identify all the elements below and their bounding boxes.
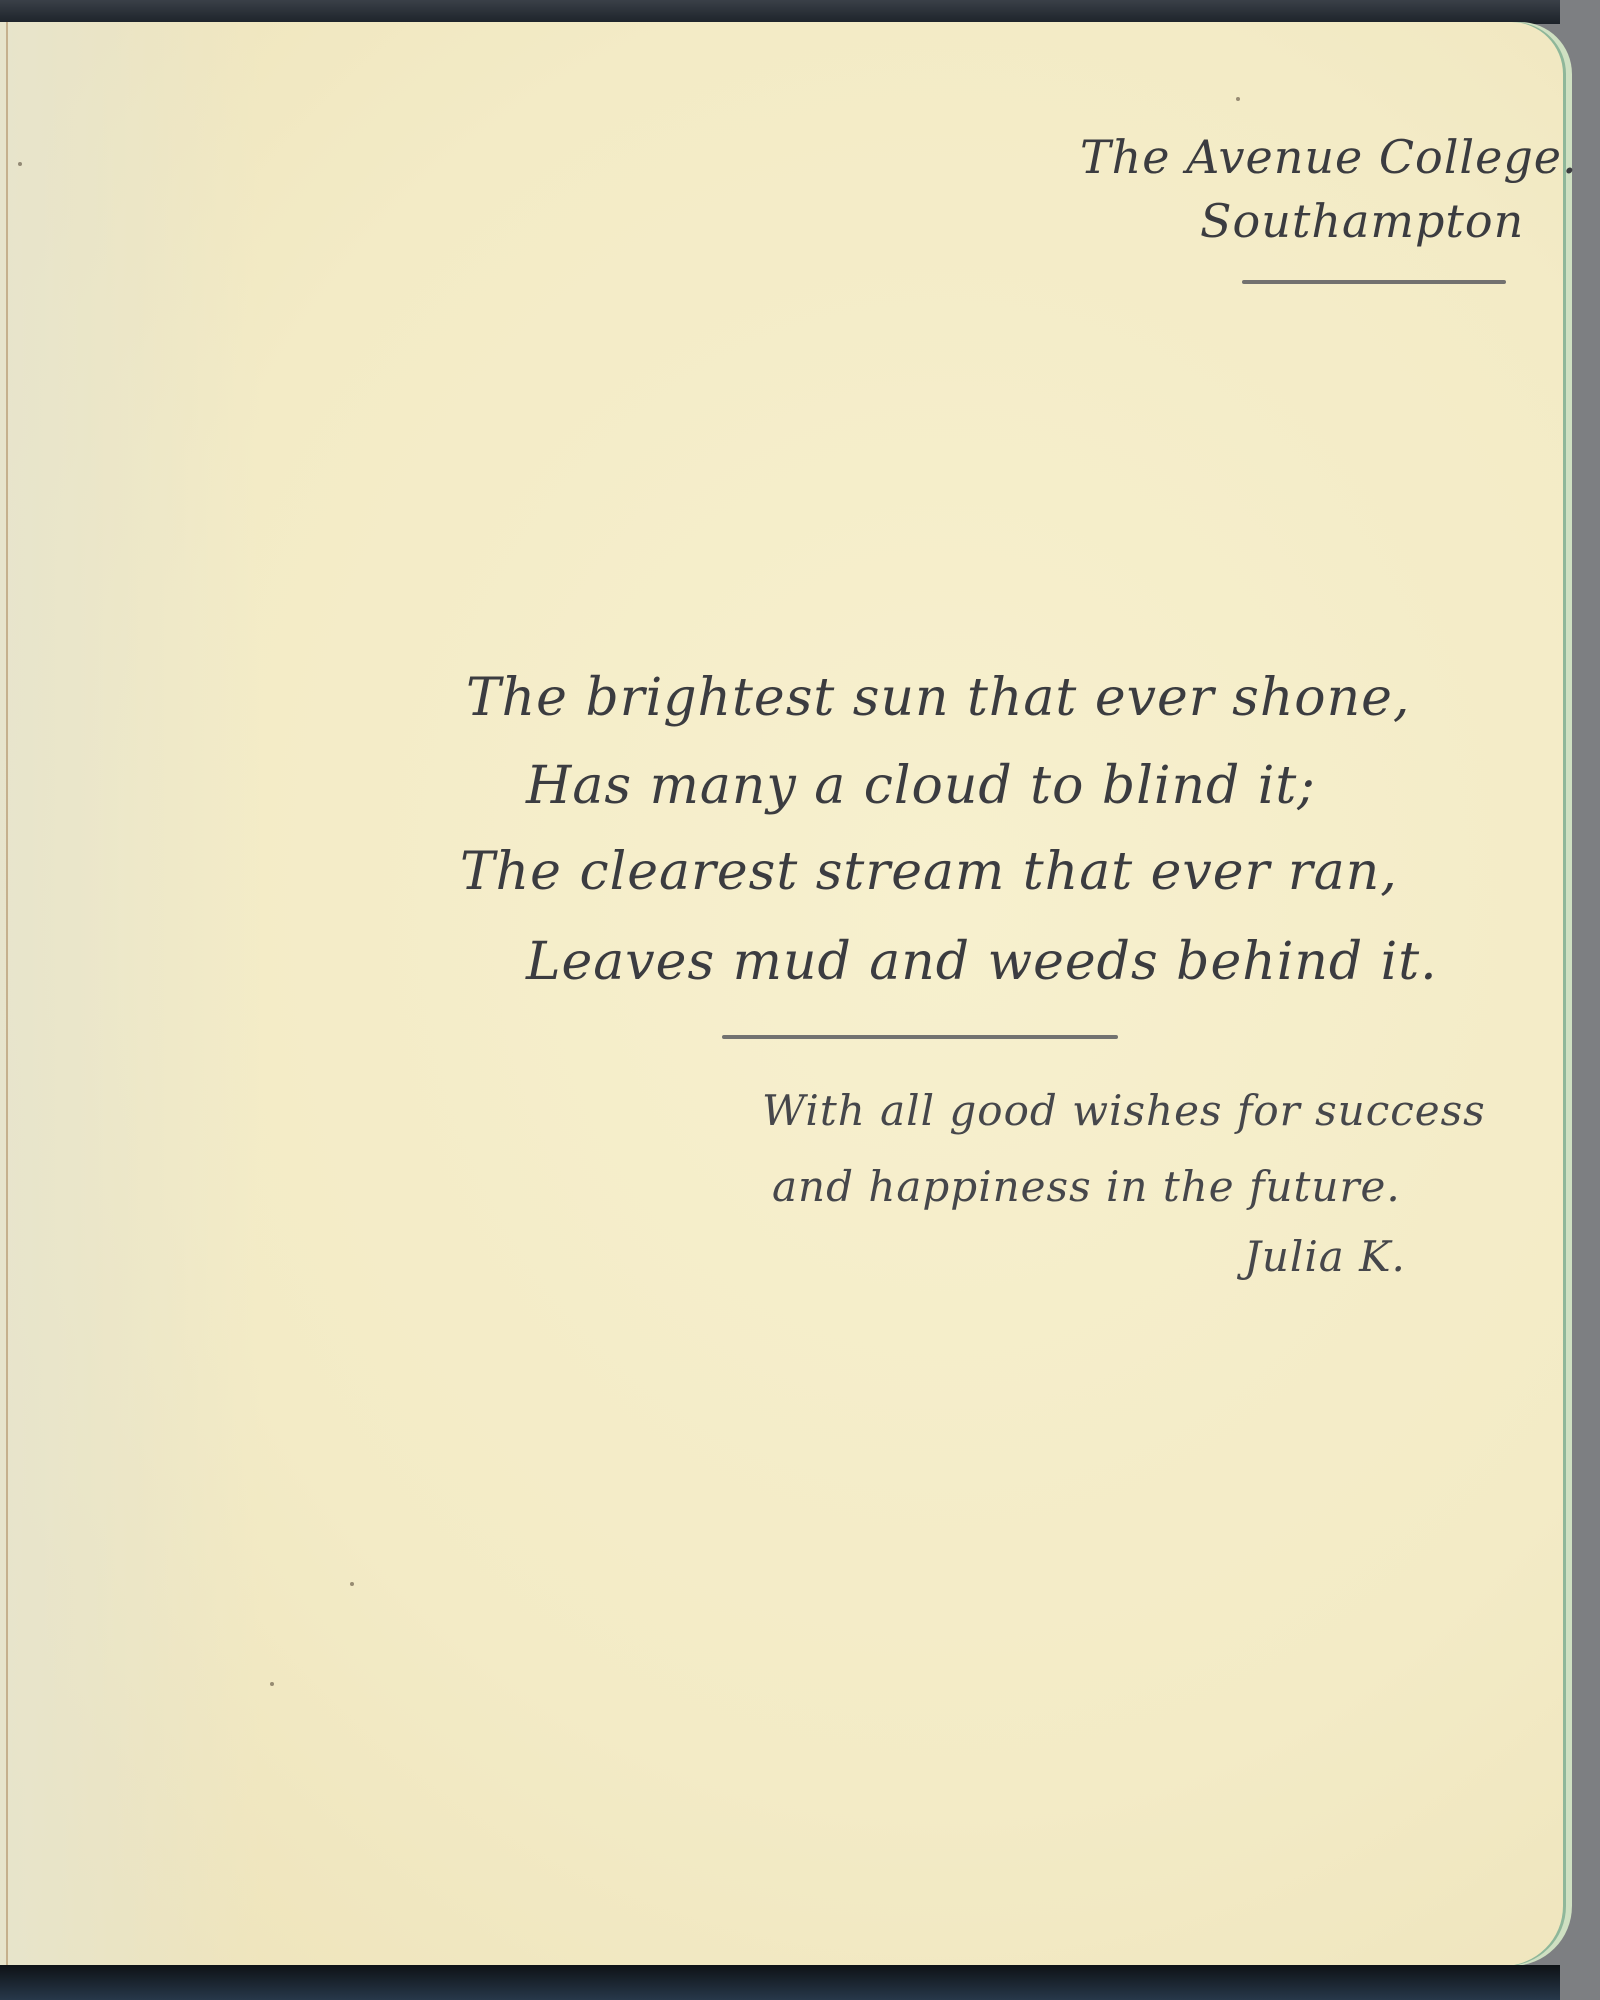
album-page: The Avenue College. Southampton The brig… — [0, 22, 1572, 1966]
paper-speck — [350, 1582, 354, 1586]
verse-line-1: The brightest sun that ever shone, — [466, 668, 1410, 728]
paper-speck — [270, 1682, 274, 1686]
verse-divider-rule — [722, 1035, 1118, 1039]
book-cover-bottom-edge — [0, 1965, 1560, 2000]
address-underline-rule — [1242, 280, 1506, 284]
verse-line-4: Leaves mud and weeds behind it. — [526, 932, 1438, 992]
signature: Julia K. — [1244, 1232, 1406, 1281]
message-line-2: and happiness in the future. — [772, 1162, 1401, 1211]
paper-speck — [18, 162, 22, 166]
page-gutter-line — [6, 22, 8, 1966]
book-cover-top-edge — [0, 0, 1560, 24]
paper-speck — [1236, 97, 1240, 101]
address-line-1: The Avenue College. — [1080, 130, 1578, 184]
verse-line-2: Has many a cloud to blind it; — [526, 756, 1316, 816]
verse-line-3: The clearest stream that ever ran, — [460, 842, 1398, 902]
message-line-1: With all good wishes for success — [762, 1086, 1486, 1135]
address-line-2: Southampton — [1200, 194, 1524, 248]
